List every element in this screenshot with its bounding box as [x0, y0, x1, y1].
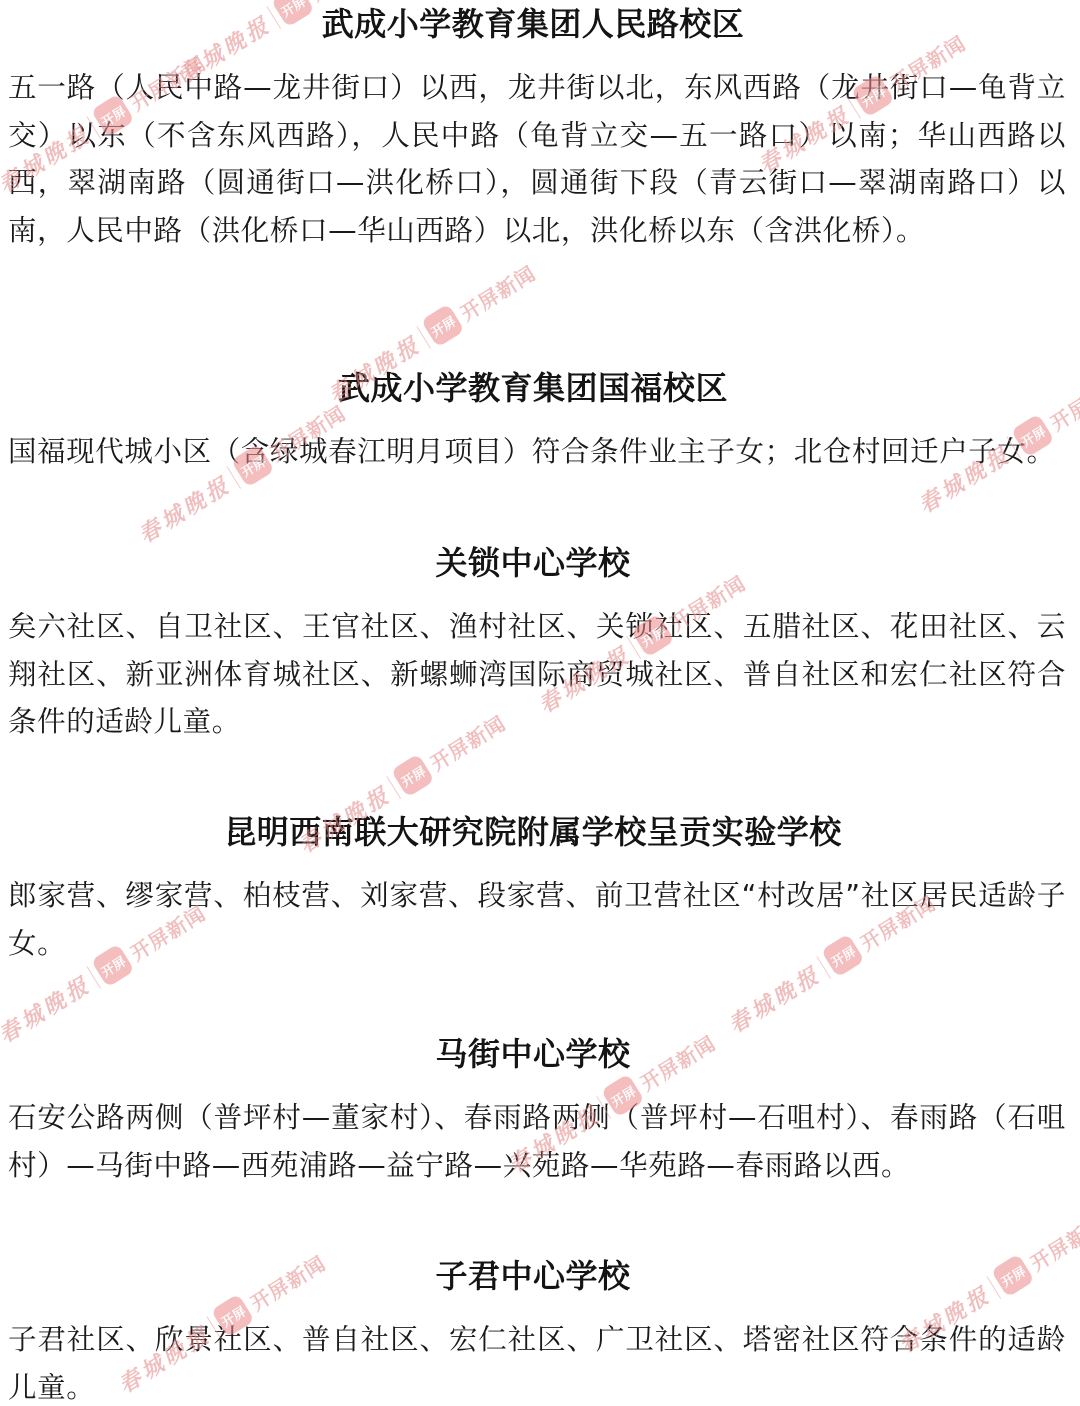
kaiping-logo-icon: 开屏	[391, 753, 435, 797]
section-body-zijun: 子君社区、欣景社区、普自社区、宏仁社区、广卫社区、塔密社区符合条件的适龄儿童。	[8, 1316, 1066, 1406]
section-title-zijun: 子君中心学校	[0, 1256, 1066, 1296]
section-title-guansuo: 关锁中心学校	[0, 543, 1066, 583]
section-body-guofu: 国福现代城小区（含绿城春江明月项目）符合条件业主子女；北仓村回迁户子女。	[8, 428, 1066, 476]
section-title-majie: 马街中心学校	[0, 1034, 1066, 1074]
section-title-renminlu: 武成小学教育集团人民路校区	[0, 4, 1066, 44]
watermark-paper-name: 春城晚报	[132, 468, 237, 549]
watermark-divider	[416, 326, 431, 349]
section-body-renminlu: 五一路（人民中路—龙井街口）以西，龙井街以北，东风西路（龙井街口—龟背立交）以东…	[8, 64, 1066, 254]
section-body-majie: 石安公路两侧（普坪村—董家村）、春雨路两侧（普坪村—石咀村）、春雨路（石咀村）—…	[8, 1094, 1066, 1189]
kaiping-logo-icon: 开屏	[421, 303, 465, 347]
watermark-divider	[386, 776, 401, 799]
watermark-paper-name: 春城晚报	[722, 958, 827, 1039]
section-title-guofu: 武成小学教育集团国福校区	[0, 368, 1066, 408]
section-body-guansuo: 矣六社区、自卫社区、王官社区、渔村社区、关锁社区、五腊社区、花田社区、云翔社区、…	[8, 603, 1066, 746]
section-title-chenggong-shiyan: 昆明西南联大研究院附属学校呈贡实验学校	[0, 812, 1066, 852]
watermark-brand-name: 开屏新闻	[454, 257, 541, 326]
watermark-divider	[86, 966, 101, 989]
section-body-chenggong-shiyan: 郎家营、缪家营、柏枝营、刘家营、段家营、前卫营社区“村改居”社区居民适龄子女。	[8, 872, 1066, 967]
